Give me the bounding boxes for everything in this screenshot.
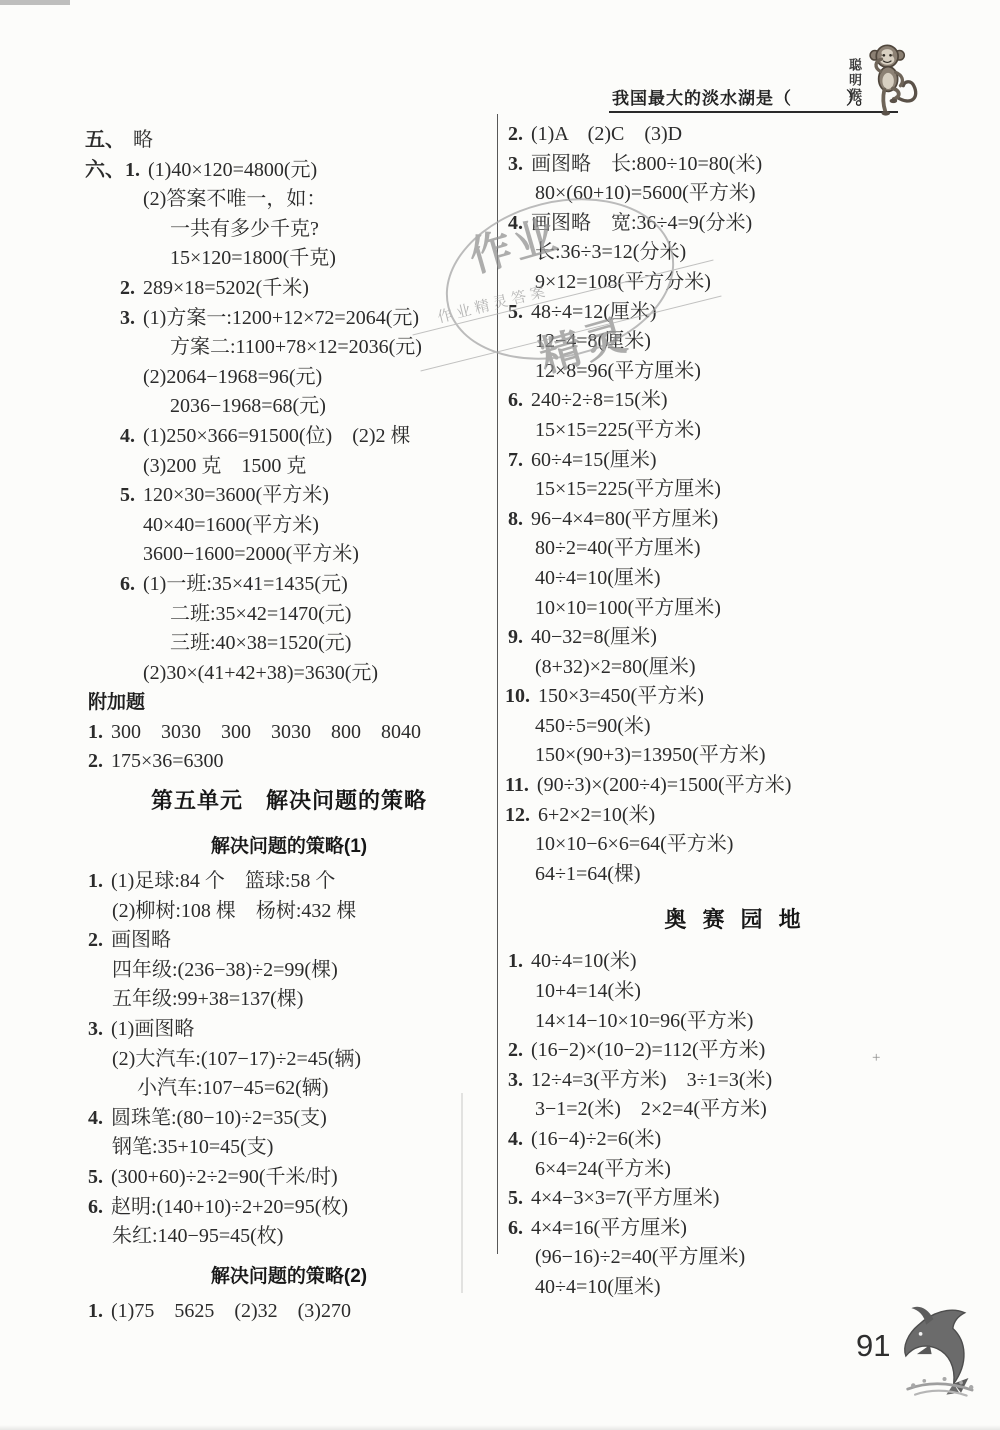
answer-text: 方案二:1100+78×12=2036(元) [170,336,422,358]
answer-line: 长:36÷3=12(分米) [505,238,965,268]
page-number: 91 [856,1328,890,1364]
answer-line: 6×4=24(平方米) [505,1155,965,1185]
answer-text: 150×(90+3)=13950(平方米) [535,744,765,766]
answer-text: 12−4=8(厘米) [535,330,651,352]
answer-text: 48÷4=12(厘米) [531,301,657,323]
item-number: 6. [120,573,135,595]
answer-text: (96−16)÷2=40(平方厘米) [535,1246,745,1268]
answer-text: 4×4=16(平方厘米) [531,1217,687,1239]
item-number: 五、 [85,129,125,151]
answer-text: (1)一班:35×41=1435(元) [143,573,348,595]
column-divider-line [497,114,498,1254]
answer-line: 3600−1600=2000(平方米) [85,540,493,570]
answer-text: 15×15=225(平方厘米) [535,478,721,500]
item-number: 2. [508,123,523,145]
answer-line: 3.(1)方案一:1200+12×72=2064(元) [85,304,493,334]
item-number: 7. [508,449,523,471]
answer-line: 三班:40×38=1520(元) [85,629,493,659]
right-answer-column: 2.(1)A (2)C (3)D3.画图略 长:800÷10=80(米)80×(… [505,120,965,1303]
answer-line: 2.289×18=5202(千米) [85,274,493,304]
answer-text: 10+4=14(米) [535,980,641,1002]
answer-line: 450÷5=90(米) [505,712,965,742]
answer-text: 略 [133,129,153,151]
answer-text: 长:36÷3=12(分米) [535,241,686,263]
answer-text: (2)大汽车:(107−17)÷2=45(辆) [112,1048,361,1070]
monkey-mascot-icon [862,42,920,123]
answer-line: 2.(16−2)×(10−2)=112(平方米) [505,1036,965,1066]
item-number: 3. [508,153,523,175]
answer-line: 10+4=14(米) [505,977,965,1007]
answer-text: 一共有多少千克? [170,218,319,240]
answer-text: 6×4=24(平方米) [535,1158,671,1180]
answer-text: 10×10−6×6=64(平方米) [535,833,733,855]
answer-text: 40÷4=10(厘米) [535,1276,661,1298]
answer-line: 钢笔:35+10=45(支) [85,1133,493,1163]
answer-text: 3−1=2(米) 2×2=4(平方米) [535,1098,767,1120]
answer-text: 4×4−3×3=7(平方厘米) [531,1187,719,1209]
answer-text: 96−4×4=80(平方厘米) [531,508,718,530]
workbook-answer-page: 我国最大的淡水湖是（ ）。 聪明猴 五、略六、1.(1)40×120=4800(… [0,0,1000,1430]
item-number: 4. [508,1128,523,1150]
item-number: 12. [505,804,530,826]
answer-text: 450÷5=90(米) [535,715,651,737]
answer-line: 9×12=108(平方分米) [505,268,965,298]
answer-text: 附加题 [88,692,145,713]
answer-line: 2.(1)A (2)C (3)D [505,120,965,150]
answer-text: 64÷1=64(棵) [535,863,641,885]
answer-text: 12÷4=3(平方米) 3÷1=3(米) [531,1069,772,1091]
answer-text: 2036−1968=68(元) [170,395,326,417]
answer-text: 画图略 宽:36÷4=9(分米) [531,212,752,234]
item-number: 6. [508,1217,523,1239]
subsection-heading: 解决问题的策略(2) [85,1252,493,1297]
answer-text: (90÷3)×(200÷4)=1500(平方米) [537,774,791,796]
answer-line: 7.60÷4=15(厘米) [505,446,965,476]
item-number: 2. [88,929,103,951]
answer-line: 2.画图略 [85,926,493,956]
answer-line: (96−16)÷2=40(平方厘米) [505,1243,965,1273]
answer-line: (8+32)×2=80(厘米) [505,653,965,683]
item-number: 9. [508,626,523,648]
answer-text: 40÷4=10(厘米) [535,567,661,589]
answer-text: 画图略 [111,929,171,951]
item-number: 3. [120,307,135,329]
answer-text: 小汽车:107−45=62(辆) [137,1077,328,1099]
item-number: 2. [508,1039,523,1061]
item-number: 8. [508,508,523,530]
answer-text: 289×18=5202(千米) [143,277,309,299]
answer-line: 5.120×30=3600(平方米) [85,481,493,511]
answer-text: 9×12=108(平方分米) [535,271,711,293]
answer-line: 4.画图略 宽:36÷4=9(分米) [505,209,965,239]
answer-line: 1.(1)75 5625 (2)32 (3)270 [85,1297,493,1327]
section-heading: 第五单元 解决问题的策略 [85,777,493,822]
item-number: 5. [508,1187,523,1209]
answer-text: 3600−1600=2000(平方米) [143,543,359,565]
answer-line: (3)200 克 1500 克 [85,452,493,482]
answer-line: 9.40−32=8(厘米) [505,623,965,653]
answer-text: 80×(60+10)=5600(平方米) [535,182,755,204]
answer-line: 6.(1)一班:35×41=1435(元) [85,570,493,600]
answer-line: 5.(300+60)÷2÷2=90(千米/时) [85,1163,493,1193]
left-answer-column: 五、略六、1.(1)40×120=4800(元)(2)答案不唯一，如：一共有多少… [85,126,493,1326]
subsection-heading: 解决问题的策略(1) [85,822,493,867]
answer-text: 圆珠笔:(80−10)÷2=35(支) [111,1107,327,1129]
answer-text: 14×14−10×10=96(平方米) [535,1010,753,1032]
answer-text: 解决问题的策略(2) [211,1261,367,1288]
item-number: 5. [508,301,523,323]
answer-line: 80÷2=40(平方厘米) [505,534,965,564]
item-number: 10. [505,685,530,707]
answer-line: 12×8=96(平方厘米) [505,357,965,387]
answer-text: 6+2×2=10(米) [538,804,655,826]
answer-text: 二班:35×42=1470(元) [170,603,351,625]
answer-line: 5.48÷4=12(厘米) [505,298,965,328]
item-number: 4. [508,212,523,234]
answer-line: (2)30×(41+42+38)=3630(元) [85,659,493,689]
item-number: 1. [88,870,103,892]
item-number: 六、1. [85,159,140,181]
section-heading: 奥 赛 园 地 [505,889,965,947]
answer-line: 3.(1)画图略 [85,1015,493,1045]
answer-text: 60÷4=15(厘米) [531,449,657,471]
answer-line: 12.6+2×2=10(米) [505,801,965,831]
answer-line: 40÷4=10(厘米) [505,564,965,594]
answer-line: 3−1=2(米) 2×2=4(平方米) [505,1095,965,1125]
answer-line: 10×10−6×6=64(平方米) [505,830,965,860]
answer-text: (1)画图略 [111,1018,194,1040]
answer-line: 14×14−10×10=96(平方米) [505,1007,965,1037]
item-number: 4. [88,1107,103,1129]
item-number: 1. [508,950,523,972]
answer-line: 11.(90÷3)×(200÷4)=1500(平方米) [505,771,965,801]
answer-line: 方案二:1100+78×12=2036(元) [85,333,493,363]
answer-text: 解决问题的策略(1) [211,831,367,858]
answer-text: 175×36=6300 [111,750,224,772]
dolphin-icon [893,1296,985,1409]
answer-text: 240÷2÷8=15(米) [531,389,668,411]
answer-text: (2)2064−1968=96(元) [143,366,322,388]
answer-line: 朱红:140−95=45(枚) [85,1222,493,1252]
scan-smudge-top [0,0,70,5]
item-number: 1. [88,1300,103,1322]
answer-line: 64÷1=64(棵) [505,860,965,890]
answer-text: (1)足球:84 个 篮球:58 个 [111,870,335,892]
answer-line: 40×40=1600(平方米) [85,511,493,541]
answer-text: 40×40=1600(平方米) [143,514,319,536]
answer-text: 五年级:99+38=137(棵) [112,988,303,1010]
answer-text: (1)40×120=4800(元) [148,159,317,181]
answer-line: 6.赵明:(140+10)÷2+20=95(枚) [85,1193,493,1223]
answer-line: (2)答案不唯一，如： [85,185,493,215]
answer-line: 150×(90+3)=13950(平方米) [505,741,965,771]
answer-line: 80×(60+10)=5600(平方米) [505,179,965,209]
answer-text: 15×120=1800(千克) [170,247,336,269]
item-number: 5. [88,1166,103,1188]
answer-text: (1)方案一:1200+12×72=2064(元) [143,307,419,329]
answer-text: 15×15=225(平方米) [535,419,701,441]
answer-line: 3.12÷4=3(平方米) 3÷1=3(米) [505,1066,965,1096]
item-number: 6. [88,1196,103,1218]
answer-text: 80÷2=40(平方厘米) [535,537,701,559]
scan-stray-plus-mark: + [872,1050,880,1067]
answer-text: (3)200 克 1500 克 [143,455,306,477]
answer-line: 2036−1968=68(元) [85,392,493,422]
item-number: 2. [120,277,135,299]
answer-text: 300 3030 300 3030 800 8040 [111,721,421,743]
answer-text: 钢笔:35+10=45(支) [112,1136,273,1158]
answer-line: 8.96−4×4=80(平方厘米) [505,505,965,535]
answer-line: 四年级:(236−38)÷2=99(棵) [85,956,493,986]
answer-line: 6.240÷2÷8=15(米) [505,386,965,416]
scan-bottom-shadow [0,1425,1000,1430]
answer-text: 第五单元 解决问题的策略 [151,784,427,815]
answer-line: 2.175×36=6300 [85,747,493,777]
answer-text: 150×3=450(平方米) [538,685,704,707]
answer-line: (2)2064−1968=96(元) [85,363,493,393]
item-number: 1. [88,721,103,743]
answer-text: 四年级:(236−38)÷2=99(棵) [112,959,338,981]
answer-line: 六、1.(1)40×120=4800(元) [85,156,493,186]
answer-text: 三班:40×38=1520(元) [170,632,351,654]
answer-text: 朱红:140−95=45(枚) [112,1225,283,1247]
answer-text: 10×10=100(平方厘米) [535,597,721,619]
item-number: 5. [120,484,135,506]
answer-text: (2)答案不唯一，如： [143,188,326,210]
answer-line: 3.画图略 长:800÷10=80(米) [505,150,965,180]
header-question: 我国最大的淡水湖是（ ）。 [612,84,874,109]
answer-line: 6.4×4=16(平方厘米) [505,1214,965,1244]
answer-line: 10.150×3=450(平方米) [505,682,965,712]
answer-text: 12×8=96(平方厘米) [535,360,701,382]
answer-text: (1)A (2)C (3)D [531,123,682,145]
answer-text: (16−4)÷2=6(米) [531,1128,661,1150]
answer-line: (2)柳树:108 棵 杨树:432 棵 [85,897,493,927]
answer-text: (2)30×(41+42+38)=3630(元) [143,662,378,684]
answer-line: 10×10=100(平方厘米) [505,594,965,624]
answer-text: (2)柳树:108 棵 杨树:432 棵 [112,900,356,922]
item-number: 3. [88,1018,103,1040]
item-number: 4. [120,425,135,447]
answer-line: 4.(16−4)÷2=6(米) [505,1125,965,1155]
item-number: 3. [508,1069,523,1091]
answer-line: 五、略 [85,126,493,156]
answer-line: 12−4=8(厘米) [505,327,965,357]
answer-line: 1.(1)足球:84 个 篮球:58 个 [85,867,493,897]
item-number: 11. [505,774,529,796]
answer-text: 40÷4=10(米) [531,950,637,972]
answer-text: 画图略 长:800÷10=80(米) [531,153,762,175]
answer-line: 五年级:99+38=137(棵) [85,985,493,1015]
item-number: 2. [88,750,103,772]
answer-line: 小汽车:107−45=62(辆) [85,1074,493,1104]
answer-line: 5.4×4−3×3=7(平方厘米) [505,1184,965,1214]
answer-text: 40−32=8(厘米) [531,626,657,648]
answer-line: 二班:35×42=1470(元) [85,600,493,630]
answer-line: 1.300 3030 300 3030 800 8040 [85,718,493,748]
answer-text: (1)75 5625 (2)32 (3)270 [111,1300,351,1322]
answer-line: (2)大汽车:(107−17)÷2=45(辆) [85,1045,493,1075]
answer-text: 奥 赛 园 地 [664,903,805,934]
answer-line: 4.(1)250×366=91500(位) (2)2 棵 [85,422,493,452]
answer-text: (16−2)×(10−2)=112(平方米) [531,1039,765,1061]
answer-line: 15×120=1800(千克) [85,244,493,274]
answer-text: (1)250×366=91500(位) (2)2 棵 [143,425,411,447]
answer-text: (8+32)×2=80(厘米) [535,656,695,678]
answer-text: (300+60)÷2÷2=90(千米/时) [111,1166,338,1188]
answer-line: 一共有多少千克? [85,215,493,245]
group-heading: 附加题 [85,688,493,718]
answer-line: 15×15=225(平方米) [505,416,965,446]
header-underline [609,111,898,113]
answer-text: 120×30=3600(平方米) [143,484,329,506]
answer-line: 15×15=225(平方厘米) [505,475,965,505]
item-number: 6. [508,389,523,411]
answer-line: 4.圆珠笔:(80−10)÷2=35(支) [85,1104,493,1134]
answer-line: 1.40÷4=10(米) [505,947,965,977]
answer-text: 赵明:(140+10)÷2+20=95(枚) [111,1196,348,1218]
